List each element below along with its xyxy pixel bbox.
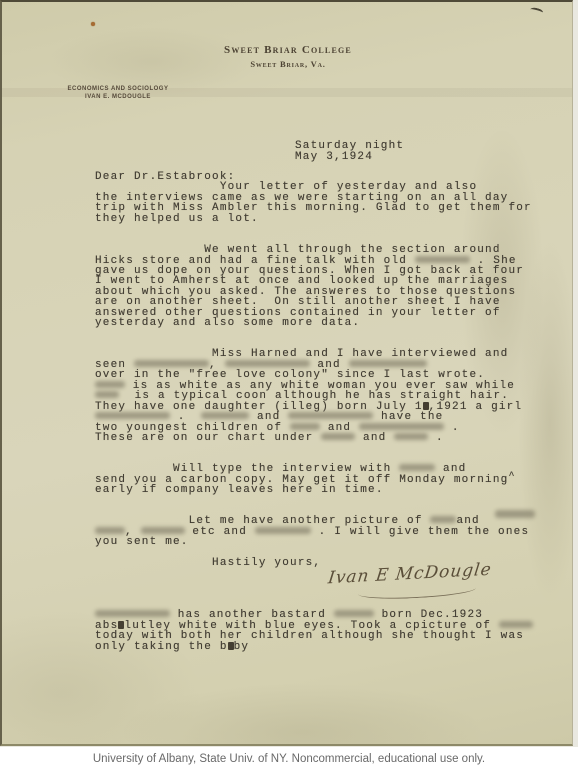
pen-mark	[529, 6, 543, 16]
redacted-name	[349, 360, 427, 367]
letter-text: have the	[373, 411, 443, 423]
date-line-1: Saturday night	[295, 141, 404, 152]
letterhead-location: Sweet Briar, Va.	[2, 59, 574, 69]
date-line-2: May 3,1924	[295, 152, 404, 163]
attribution-text: University of Albany, State Univ. of NY.…	[93, 753, 485, 765]
redacted-name	[334, 610, 374, 617]
redacted-name	[394, 433, 428, 440]
letter-text: .	[428, 432, 444, 444]
letter-line	[95, 224, 563, 234]
letter-text: .	[444, 422, 460, 434]
letterhead-department: Economics and Sociology	[42, 85, 194, 93]
letter-text: and	[355, 432, 394, 444]
letter-line	[95, 496, 563, 506]
redacted-name	[321, 433, 355, 440]
redacted-name	[415, 256, 470, 263]
letter-text: etc and	[185, 526, 255, 538]
letter-text: yesterday and also some more data.	[95, 317, 360, 329]
redacted-name	[290, 423, 320, 430]
letter-line: They have one daughter (illeg) born July…	[95, 402, 563, 412]
letter-text: only taking the b	[95, 641, 228, 653]
letter-text: you sent me.	[95, 536, 189, 548]
letterhead-college-name: Sweet Briar College	[2, 44, 574, 56]
redacted-name	[95, 527, 125, 534]
ink-blot	[228, 642, 234, 650]
letterhead-professor: Ivan E. McDougle	[42, 93, 194, 101]
ink-blot	[118, 621, 124, 629]
insertion-caret: ^	[508, 471, 514, 482]
redacted-name	[359, 423, 444, 430]
letter-text: Miss Harned and I have interviewed and	[95, 348, 508, 360]
letter-line	[95, 329, 563, 339]
letter-line: yesterday and also some more data.	[95, 318, 563, 328]
rust-stain	[91, 22, 95, 26]
redacted-name	[225, 360, 310, 367]
ink-blot	[423, 402, 429, 410]
redacted-annotation	[495, 510, 535, 518]
letter-text: . I will give them the ones	[311, 526, 529, 538]
letter-line	[95, 443, 563, 453]
attribution-bar: University of Albany, State Univ. of NY.…	[0, 747, 578, 770]
letter-text: early if company leaves here in time.	[95, 484, 384, 496]
redacted-name	[95, 412, 170, 419]
date-block: Saturday night May 3,1924	[295, 141, 404, 162]
redacted-name	[95, 381, 125, 388]
letter-text: they helped us a lot.	[95, 213, 259, 225]
redacted-name	[255, 527, 311, 534]
letter-text: by	[234, 641, 250, 653]
letter-text: and	[320, 422, 359, 434]
letter-text: Hastily yours,	[95, 557, 321, 569]
letter-paper: Sweet Briar College Sweet Briar, Va. Eco…	[0, 0, 573, 746]
redacted-name	[201, 412, 249, 419]
redacted-name	[288, 412, 373, 419]
redacted-name	[95, 391, 119, 398]
letter-line: These are on our chart under and .	[95, 433, 563, 443]
letter-line: you sent me.	[95, 537, 563, 547]
redacted-name	[134, 360, 209, 367]
letter-line: they helped us a lot.	[95, 214, 563, 224]
redacted-name	[141, 527, 185, 534]
redacted-name	[95, 610, 170, 617]
letter-line	[95, 590, 563, 600]
letterhead-department-block: Economics and Sociology Ivan E. McDougle	[42, 85, 194, 101]
redacted-name	[499, 621, 533, 628]
letter-line: only taking the bby	[95, 642, 563, 652]
letter-text: These are on our chart under	[95, 432, 321, 444]
letter-line: early if company leaves here in time.	[95, 485, 563, 495]
scanned-letter-view: Sweet Briar College Sweet Briar, Va. Eco…	[0, 0, 578, 770]
redacted-name	[430, 516, 456, 523]
redacted-name	[399, 464, 435, 471]
